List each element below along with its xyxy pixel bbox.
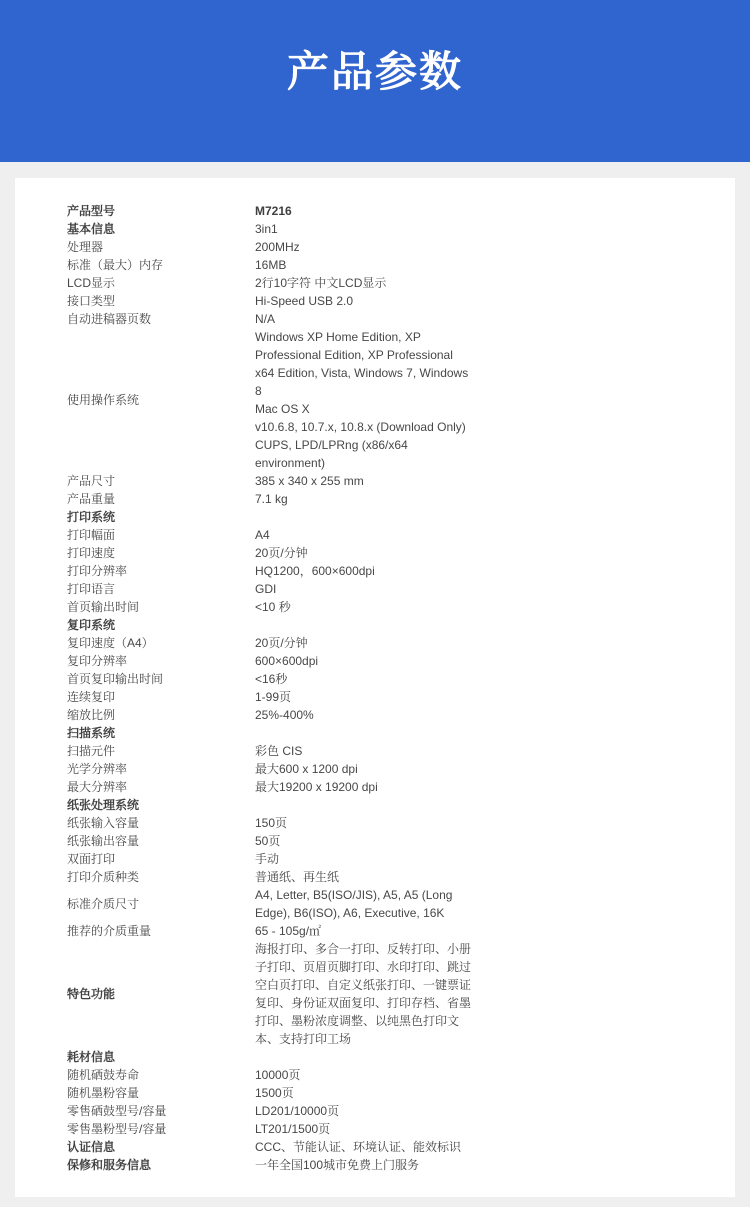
spec-value-line: 彩色 CIS — [255, 742, 705, 760]
spec-row: 连续复印1-99页 — [67, 688, 705, 706]
spec-label: 产品型号 — [67, 202, 255, 220]
spec-label: 纸张输入容量 — [67, 814, 255, 832]
spec-value: M7216 — [255, 202, 705, 220]
spec-row: 零售墨粉型号/容量LT201/1500页 — [67, 1120, 705, 1138]
spec-value-line: 65 - 105g/㎡ — [255, 922, 705, 940]
spec-label: 随机硒鼓寿命 — [67, 1066, 255, 1084]
spec-label: 零售硒鼓型号/容量 — [67, 1102, 255, 1120]
spec-value: GDI — [255, 580, 705, 598]
spec-row: 双面打印手动 — [67, 850, 705, 868]
spec-value-line: 子打印、页眉页脚打印、水印打印、跳过 — [255, 958, 705, 976]
spec-value: HQ1200，600×600dpi — [255, 562, 705, 580]
spec-label: 打印速度 — [67, 544, 255, 562]
spec-value: 海报打印、多合一打印、反转打印、小册子打印、页眉页脚打印、水印打印、跳过空白页打… — [255, 940, 705, 1048]
spec-value: 3in1 — [255, 220, 705, 238]
spec-value-line: 2行10字符 中文LCD显示 — [255, 274, 705, 292]
spec-label: 产品重量 — [67, 490, 255, 508]
spec-row: 处理器200MHz — [67, 238, 705, 256]
spec-value-line: 打印、墨粉浓度调整、以纯黑色打印文 — [255, 1012, 705, 1030]
spec-value: LD201/10000页 — [255, 1102, 705, 1120]
spec-value-line: 最大600 x 1200 dpi — [255, 760, 705, 778]
spec-row: 首页输出时间<10 秒 — [67, 598, 705, 616]
spec-value: 2行10字符 中文LCD显示 — [255, 274, 705, 292]
spec-label: 耗材信息 — [67, 1048, 255, 1066]
spec-value-line: 25%-400% — [255, 706, 705, 724]
spec-value-line: LT201/1500页 — [255, 1120, 705, 1138]
spec-label: 复印分辨率 — [67, 652, 255, 670]
spec-value: 一年全国100城市免费上门服务 — [255, 1156, 705, 1174]
spec-value: 200MHz — [255, 238, 705, 256]
spec-value: 25%-400% — [255, 706, 705, 724]
spec-value-line: 20页/分钟 — [255, 544, 705, 562]
spec-value-line: A4, Letter, B5(ISO/JIS), A5, A5 (Long — [255, 886, 705, 904]
spec-value-line: 最大19200 x 19200 dpi — [255, 778, 705, 796]
spec-row: 光学分辨率最大600 x 1200 dpi — [67, 760, 705, 778]
spec-value-line: 50页 — [255, 832, 705, 850]
spec-value: 7.1 kg — [255, 490, 705, 508]
spec-label: 接口类型 — [67, 292, 255, 310]
spec-label: 打印分辨率 — [67, 562, 255, 580]
spec-value-line: 16MB — [255, 256, 705, 274]
spec-row: 复印速度（A4）20页/分钟 — [67, 634, 705, 652]
spec-row: 产品重量7.1 kg — [67, 490, 705, 508]
spec-value — [255, 1048, 705, 1066]
spec-row: 纸张输入容量150页 — [67, 814, 705, 832]
spec-card: 产品型号M7216基本信息3in1处理器200MHz标准（最大）内存16MBLC… — [15, 178, 735, 1197]
spec-value: 最大600 x 1200 dpi — [255, 760, 705, 778]
spec-value: 150页 — [255, 814, 705, 832]
spec-row: 纸张输出容量50页 — [67, 832, 705, 850]
spec-value: 16MB — [255, 256, 705, 274]
spec-value-line: Edge), B6(ISO), A6, Executive, 16K — [255, 904, 705, 922]
spec-row: 打印速度20页/分钟 — [67, 544, 705, 562]
spec-value: 彩色 CIS — [255, 742, 705, 760]
spec-value-line: GDI — [255, 580, 705, 598]
spec-label: LCD显示 — [67, 274, 255, 292]
spec-value-line: environment) — [255, 454, 705, 472]
spec-label: 连续复印 — [67, 688, 255, 706]
spec-label: 纸张处理系统 — [67, 796, 255, 814]
spec-label: 首页输出时间 — [67, 598, 255, 616]
spec-row: 首页复印输出时间<16秒 — [67, 670, 705, 688]
spec-value-line: 1500页 — [255, 1084, 705, 1102]
spec-value-line: 1-99页 — [255, 688, 705, 706]
spec-label: 复印速度（A4） — [67, 634, 255, 652]
spec-row: 基本信息3in1 — [67, 220, 705, 238]
spec-value: 最大19200 x 19200 dpi — [255, 778, 705, 796]
spec-value-line: 10000页 — [255, 1066, 705, 1084]
spec-label: 零售墨粉型号/容量 — [67, 1120, 255, 1138]
spec-label: 产品尺寸 — [67, 472, 255, 490]
spec-row: 产品尺寸385 x 340 x 255 mm — [67, 472, 705, 490]
spec-row: 使用操作系统Windows XP Home Edition, XPProfess… — [67, 328, 705, 472]
spec-label: 保修和服务信息 — [67, 1156, 255, 1174]
spec-value-line: N/A — [255, 310, 705, 328]
spec-row: 标准（最大）内存16MB — [67, 256, 705, 274]
spec-label: 最大分辨率 — [67, 778, 255, 796]
spec-label: 标准（最大）内存 — [67, 256, 255, 274]
spec-label: 标准介质尺寸 — [67, 895, 255, 913]
spec-value: 1500页 — [255, 1084, 705, 1102]
spec-row: 打印幅面A4 — [67, 526, 705, 544]
spec-row: 接口类型Hi-Speed USB 2.0 — [67, 292, 705, 310]
spec-value-line: 7.1 kg — [255, 490, 705, 508]
page-title: 产品参数 — [0, 50, 750, 94]
spec-label: 推荐的介质重量 — [67, 922, 255, 940]
spec-value-line: 普通纸、再生纸 — [255, 868, 705, 886]
spec-value-line: x64 Edition, Vista, Windows 7, Windows — [255, 364, 705, 382]
spec-value: 1-99页 — [255, 688, 705, 706]
spec-value-line: A4 — [255, 526, 705, 544]
spec-value-line: CUPS, LPD/LPRng (x86/x64 — [255, 436, 705, 454]
spec-label: 打印介质种类 — [67, 868, 255, 886]
spec-value-line: 海报打印、多合一打印、反转打印、小册 — [255, 940, 705, 958]
spec-value-line: <10 秒 — [255, 598, 705, 616]
spec-row: 打印介质种类普通纸、再生纸 — [67, 868, 705, 886]
spec-label: 纸张输出容量 — [67, 832, 255, 850]
spec-row: 产品型号M7216 — [67, 202, 705, 220]
spec-value: A4, Letter, B5(ISO/JIS), A5, A5 (LongEdg… — [255, 886, 705, 922]
spec-label: 打印幅面 — [67, 526, 255, 544]
spec-label: 复印系统 — [67, 616, 255, 634]
spec-value: 普通纸、再生纸 — [255, 868, 705, 886]
spec-row: 推荐的介质重量65 - 105g/㎡ — [67, 922, 705, 940]
spec-label: 打印系统 — [67, 508, 255, 526]
spec-value-line: Mac OS X — [255, 400, 705, 418]
spec-label: 扫描系统 — [67, 724, 255, 742]
spec-value-line: v10.6.8, 10.7.x, 10.8.x (Download Only) — [255, 418, 705, 436]
spec-row: 标准介质尺寸A4, Letter, B5(ISO/JIS), A5, A5 (L… — [67, 886, 705, 922]
spec-row: 扫描系统 — [67, 724, 705, 742]
spec-label: 扫描元件 — [67, 742, 255, 760]
spec-value: CCC、节能认证、环境认证、能效标识 — [255, 1138, 705, 1156]
spec-value: 20页/分钟 — [255, 634, 705, 652]
spec-value — [255, 616, 705, 634]
spec-value-line: 600×600dpi — [255, 652, 705, 670]
spec-value-line: Professional Edition, XP Professional — [255, 346, 705, 364]
spec-value: Windows XP Home Edition, XPProfessional … — [255, 328, 705, 472]
spec-value — [255, 796, 705, 814]
spec-value-line: LD201/10000页 — [255, 1102, 705, 1120]
spec-row: 打印系统 — [67, 508, 705, 526]
spec-label: 随机墨粉容量 — [67, 1084, 255, 1102]
spec-value-line: 本、支持打印工场 — [255, 1030, 705, 1048]
spec-label: 打印语言 — [67, 580, 255, 598]
spec-row: 随机墨粉容量1500页 — [67, 1084, 705, 1102]
spec-row: 扫描元件彩色 CIS — [67, 742, 705, 760]
spec-value-line: 20页/分钟 — [255, 634, 705, 652]
spec-label: 自动进稿器页数 — [67, 310, 255, 328]
spec-label: 认证信息 — [67, 1138, 255, 1156]
spec-label: 基本信息 — [67, 220, 255, 238]
spec-row: 复印分辨率600×600dpi — [67, 652, 705, 670]
spec-table: 产品型号M7216基本信息3in1处理器200MHz标准（最大）内存16MBLC… — [67, 202, 705, 1174]
spec-value: <16秒 — [255, 670, 705, 688]
spec-value-line: CCC、节能认证、环境认证、能效标识 — [255, 1138, 705, 1156]
spec-row: 特色功能海报打印、多合一打印、反转打印、小册子打印、页眉页脚打印、水印打印、跳过… — [67, 940, 705, 1048]
spec-label: 首页复印输出时间 — [67, 670, 255, 688]
spec-label: 特色功能 — [67, 985, 255, 1003]
spec-value: N/A — [255, 310, 705, 328]
spec-row: 纸张处理系统 — [67, 796, 705, 814]
spec-row: 耗材信息 — [67, 1048, 705, 1066]
spec-label: 缩放比例 — [67, 706, 255, 724]
spec-value: 65 - 105g/㎡ — [255, 922, 705, 940]
spec-value-line: 385 x 340 x 255 mm — [255, 472, 705, 490]
spec-value: 10000页 — [255, 1066, 705, 1084]
spec-row: 复印系统 — [67, 616, 705, 634]
spec-row: 认证信息CCC、节能认证、环境认证、能效标识 — [67, 1138, 705, 1156]
spec-value: 手动 — [255, 850, 705, 868]
spec-row: 自动进稿器页数N/A — [67, 310, 705, 328]
spec-row: 保修和服务信息一年全国100城市免费上门服务 — [67, 1156, 705, 1174]
spec-value-line: 3in1 — [255, 220, 705, 238]
spec-label: 双面打印 — [67, 850, 255, 868]
spec-row: 打印分辨率HQ1200，600×600dpi — [67, 562, 705, 580]
spec-label: 使用操作系统 — [67, 391, 255, 409]
spec-value-line: 150页 — [255, 814, 705, 832]
spec-value-line: 复印、身份证双面复印、打印存档、省墨 — [255, 994, 705, 1012]
spec-value-line: 一年全国100城市免费上门服务 — [255, 1156, 705, 1174]
spec-value-line: Windows XP Home Edition, XP — [255, 328, 705, 346]
spec-label: 处理器 — [67, 238, 255, 256]
spec-row: 零售硒鼓型号/容量LD201/10000页 — [67, 1102, 705, 1120]
product-params-banner: 产品参数 — [0, 0, 750, 162]
spec-value: <10 秒 — [255, 598, 705, 616]
spec-value-line: 200MHz — [255, 238, 705, 256]
spec-value-line: Hi-Speed USB 2.0 — [255, 292, 705, 310]
spec-row: 随机硒鼓寿命10000页 — [67, 1066, 705, 1084]
spec-value-line: 空白页打印、自定义纸张打印、一键票证 — [255, 976, 705, 994]
spec-value: LT201/1500页 — [255, 1120, 705, 1138]
spec-value: 385 x 340 x 255 mm — [255, 472, 705, 490]
spec-row: LCD显示2行10字符 中文LCD显示 — [67, 274, 705, 292]
spec-value-line: <16秒 — [255, 670, 705, 688]
spec-value — [255, 508, 705, 526]
spec-value-line: HQ1200，600×600dpi — [255, 562, 705, 580]
spec-value-line: M7216 — [255, 202, 705, 220]
spec-row: 最大分辨率最大19200 x 19200 dpi — [67, 778, 705, 796]
spec-value — [255, 724, 705, 742]
spec-label: 光学分辨率 — [67, 760, 255, 778]
spec-value: 20页/分钟 — [255, 544, 705, 562]
spec-value-line: 8 — [255, 382, 705, 400]
spec-row: 打印语言GDI — [67, 580, 705, 598]
spec-value-line: 手动 — [255, 850, 705, 868]
spec-value: 50页 — [255, 832, 705, 850]
spec-row: 缩放比例25%-400% — [67, 706, 705, 724]
spec-value: Hi-Speed USB 2.0 — [255, 292, 705, 310]
spec-value: A4 — [255, 526, 705, 544]
spec-value: 600×600dpi — [255, 652, 705, 670]
